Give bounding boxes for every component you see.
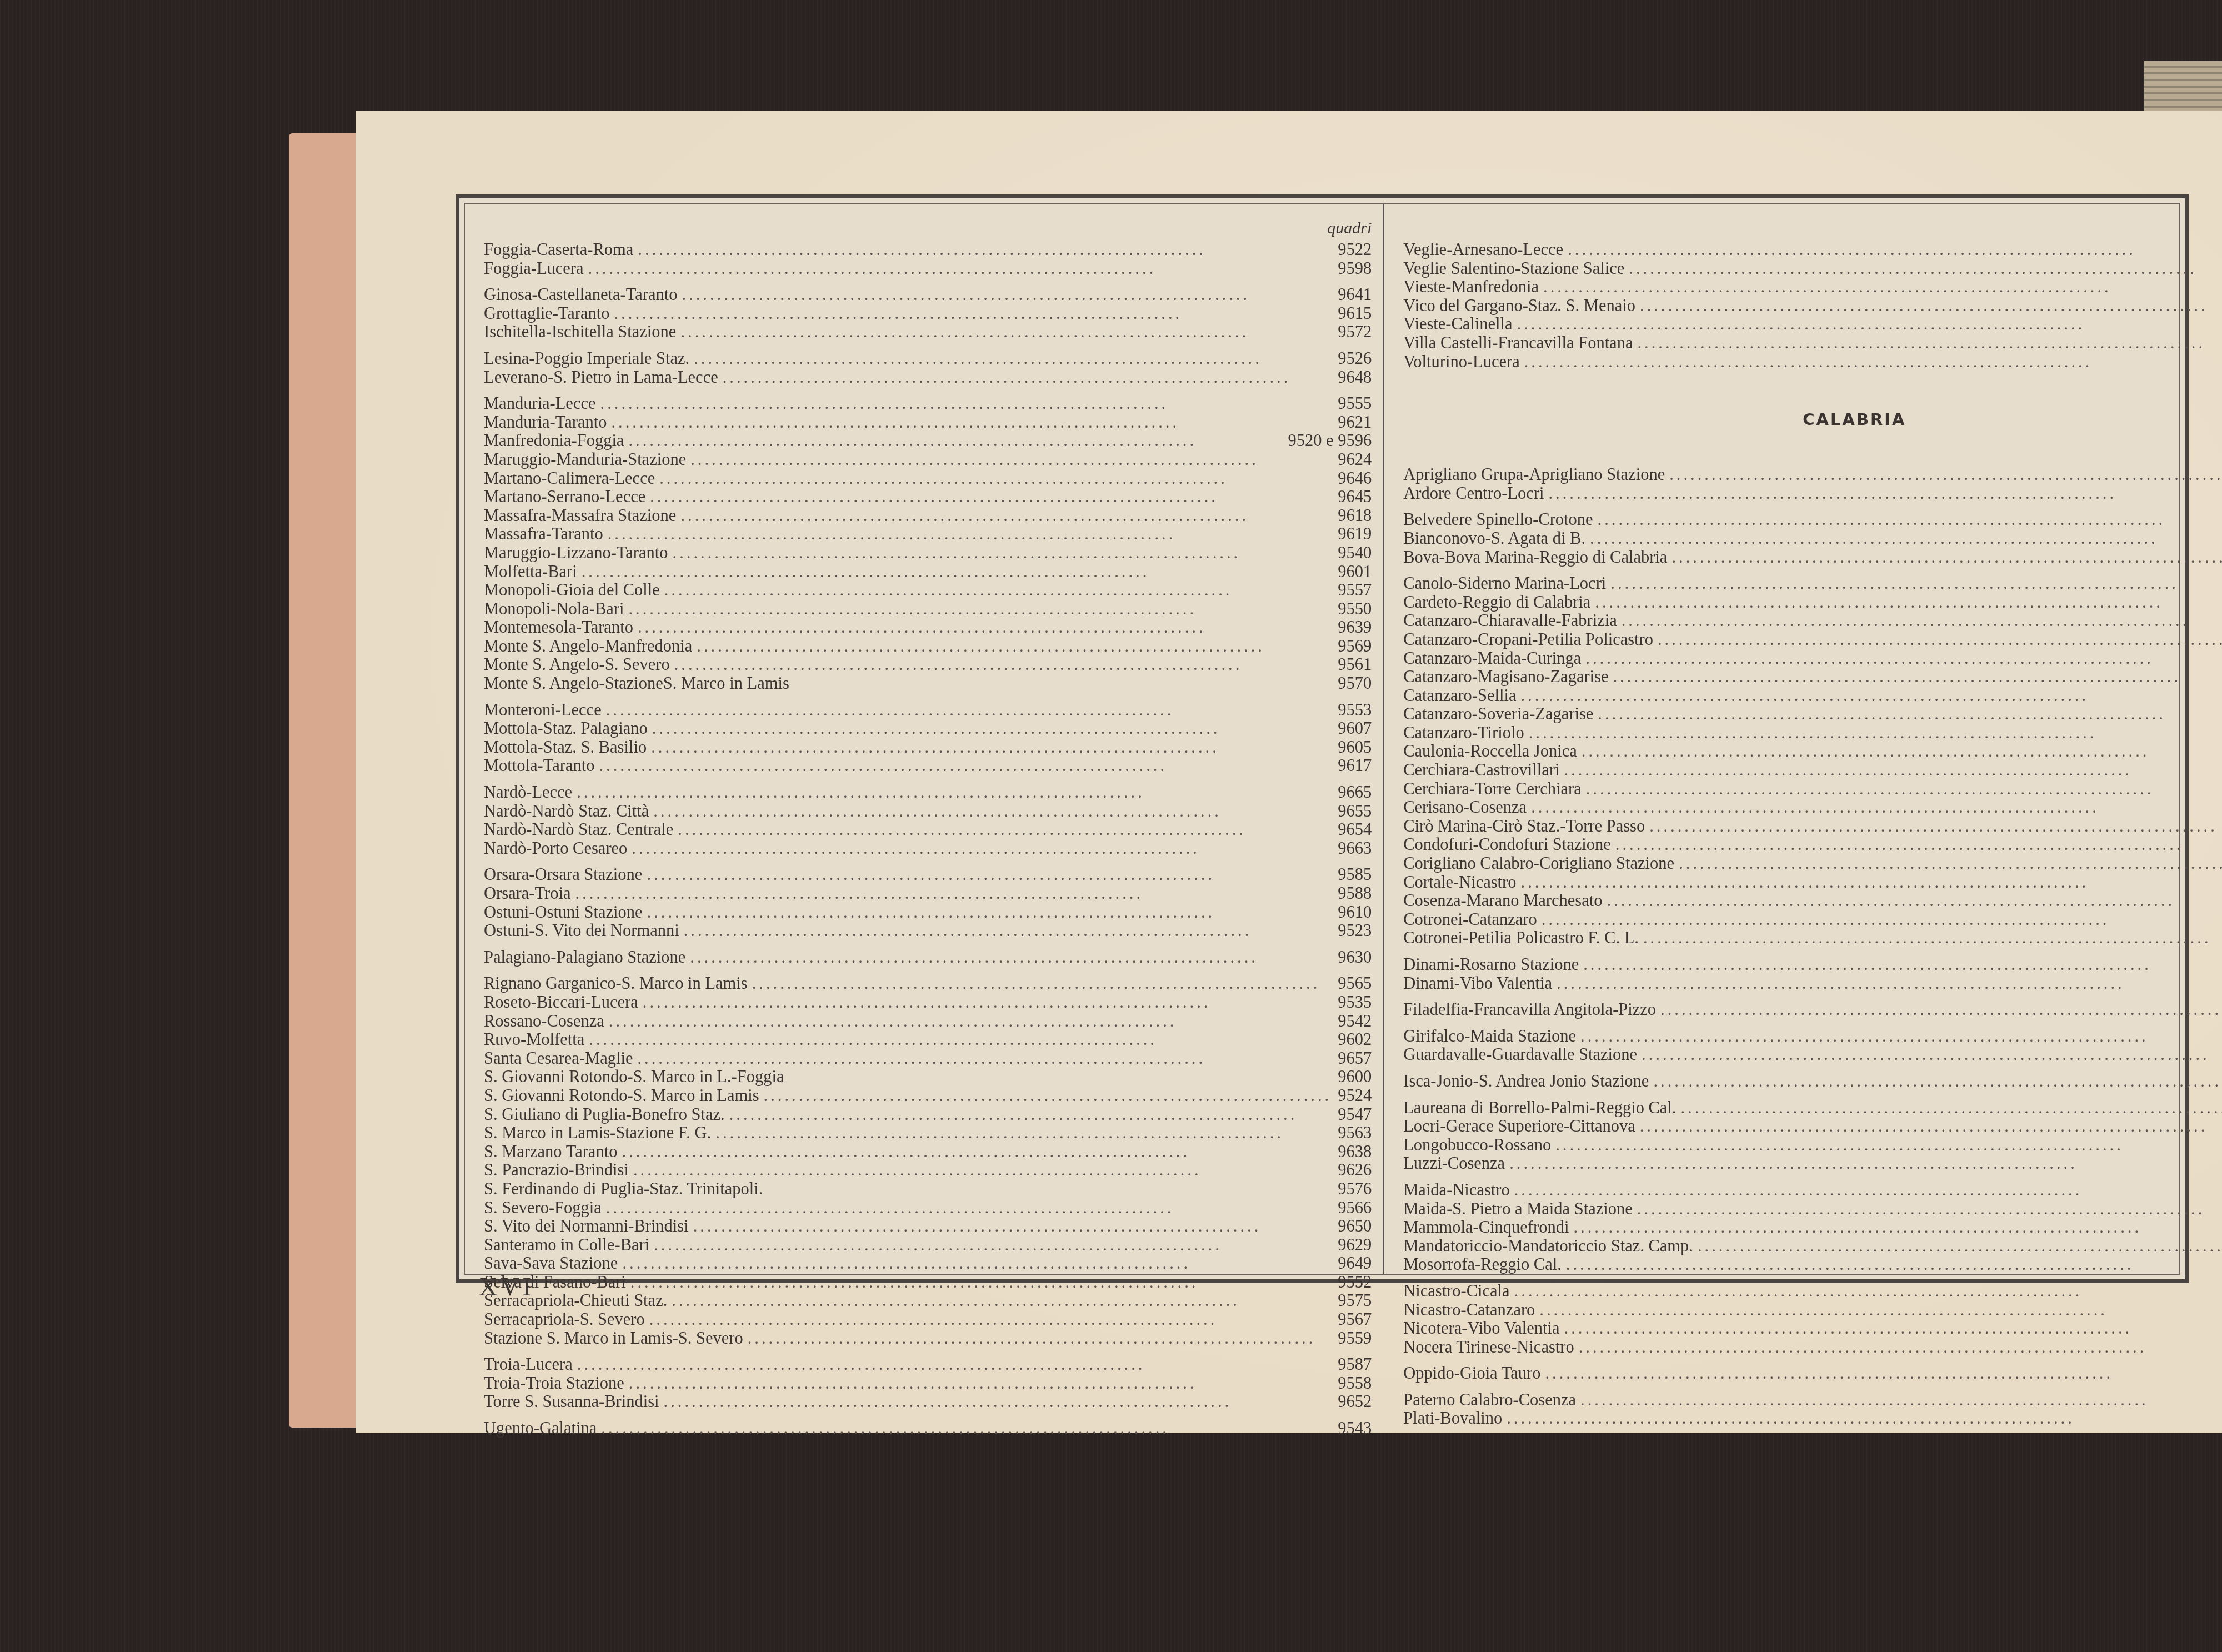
dot-leader: [654, 1236, 1332, 1255]
route-name: Veglie Salentino-Stazione Salice: [1403, 259, 1624, 278]
table-reference-number: 9543: [1336, 1419, 1372, 1438]
route-name: Cerchiara-Torre Cerchiara: [1403, 780, 1581, 799]
route-name: Catanzaro-Sellia: [1403, 687, 1516, 705]
table-reference-number: 9645: [1336, 488, 1372, 507]
dot-leader: [1573, 1218, 2222, 1237]
dot-leader: [632, 839, 1332, 858]
dot-leader: [1613, 668, 2222, 687]
route-name: Nardò-Lecce: [484, 783, 572, 802]
dot-leader: [638, 241, 1332, 259]
dot-leader: [1680, 1099, 2222, 1118]
index-entry: Paterno Calabro-Cosenza9725: [1403, 1391, 2222, 1410]
entry-list: Foggia-Caserta-Roma9522Foggia-Lucera9598…: [484, 241, 1372, 1438]
dot-leader: [1585, 649, 2222, 668]
route-name: Ostuni-Ostuni Stazione: [484, 903, 643, 922]
table-reference-number: 9629: [1336, 1236, 1372, 1255]
index-entry: Vieste-Manfredonia9537: [1403, 278, 2222, 297]
table-reference-number: 9601: [1336, 563, 1372, 582]
section-entry-list: Aprigliano Grupa-Aprigliano Stazione9731…: [1403, 465, 2222, 1428]
index-entry: Ruvo-Molfetta9602: [484, 1030, 1372, 1049]
dot-leader: [1539, 1301, 2222, 1320]
table-reference-number: 9555: [1336, 394, 1372, 413]
index-entry: Catanzaro-Tiriolo9789: [1403, 724, 2222, 743]
index-entry: Veglie Salentino-Stazione Salice9660: [1403, 259, 2222, 278]
index-entry: Ostuni-Ostuni Stazione9610: [484, 903, 1372, 922]
index-entry: Nicastro-Cicala9733: [1403, 1282, 2222, 1301]
route-name: Caulonia-Roccella Jonica: [1403, 742, 1577, 761]
index-entry: Mottola-Staz. S. Basilio9605: [484, 738, 1372, 757]
index-entry: Monopoli-Nola-Bari9550: [484, 600, 1372, 619]
table-reference-number: 9569: [1336, 637, 1372, 656]
index-entry: Laureana di Borrello-Palmi-Reggio Cal.98…: [1403, 1099, 2222, 1118]
route-name: Santeramo in Colle-Bari: [484, 1236, 649, 1255]
dot-leader: [628, 600, 1332, 619]
dot-leader: [630, 1273, 1332, 1292]
index-entry: Cotronei-Petilia Policastro F. C. L.9750: [1403, 929, 2222, 948]
index-entry: Luzzi-Cosenza9723: [1403, 1154, 2222, 1173]
column-header: qradri: [1403, 216, 2222, 241]
route-name: Nardò-Nardò Staz. Città: [484, 802, 649, 821]
table-reference-number: 9619: [1336, 525, 1372, 544]
index-entry: S. Vito dei Normanni-Brindisi9650: [484, 1217, 1372, 1236]
index-entry: Maida-S. Pietro a Maida Stazione9740: [1403, 1200, 2222, 1219]
route-name: Cerisano-Cosenza: [1403, 798, 1527, 817]
table-reference-number: 9553: [1336, 701, 1372, 720]
index-entry: Troia-Troia Stazione9558: [484, 1374, 1372, 1393]
dot-leader: [723, 368, 1332, 387]
dot-leader: [690, 948, 1332, 967]
index-entry: Longobucco-Rossano9719: [1403, 1136, 2222, 1155]
dot-leader: [1566, 1255, 2222, 1274]
route-name: S. Marzano Taranto: [484, 1143, 617, 1162]
dot-leader: [664, 581, 1332, 600]
route-name: Villa Castelli-Francavilla Fontana: [1403, 334, 1633, 353]
index-entry: Oppido-Gioia Tauro9756: [1403, 1364, 2222, 1383]
index-entry: Massafra-Taranto9619: [484, 525, 1372, 544]
table-reference-number: 9630: [1336, 948, 1372, 967]
dot-leader: [1524, 353, 2222, 372]
dot-leader: [694, 349, 1332, 368]
index-entry: Monteroni-Lecce9553: [484, 701, 1372, 720]
index-entry: Vieste-Calinella9538: [1403, 315, 2222, 334]
index-entry: Cotronei-Catanzaro9766: [1403, 910, 2222, 929]
table-reference-number: 9535: [1336, 993, 1372, 1012]
table-reference-number: 9520 e 9596: [1288, 432, 1372, 450]
index-entry: Nardò-Nardò Staz. Città9655: [484, 802, 1372, 821]
table-reference-number: 9649: [1336, 1254, 1372, 1273]
index-entry: Maruggio-Manduria-Stazione9624: [484, 450, 1372, 469]
route-name: Vico del Gargano-Staz. S. Menaio: [1403, 297, 1635, 316]
dot-leader: [622, 1143, 1332, 1162]
table-reference-number: 9655: [1336, 802, 1372, 821]
index-entry: Plati-Bovalino9746: [1403, 1409, 2222, 1428]
route-name: Martano-Calimera-Lecce: [484, 469, 655, 488]
dot-leader: [1595, 593, 2222, 612]
dot-leader: [628, 432, 1283, 450]
index-entry: Mandatoriccio-Mandatoriccio Staz. Camp.9…: [1403, 1237, 2222, 1256]
dot-leader: [577, 783, 1332, 802]
index-entry: Locri-Gerace Superiore-Cittanova9777: [1403, 1117, 2222, 1136]
table-reference-number: 9648: [1336, 368, 1372, 387]
route-name: Filadelfia-Francavilla Angitola-Pizzo: [1403, 1000, 1656, 1019]
dot-leader: [1698, 1237, 2222, 1256]
index-entry: Cirò Marina-Cirò Staz.-Torre Passo9743: [1403, 817, 2222, 836]
route-name: Longobucco-Rossano: [1403, 1136, 1551, 1155]
route-name: Corigliano Calabro-Corigliano Stazione: [1403, 854, 1674, 873]
table-reference-number: 9607: [1336, 719, 1372, 738]
index-entry: Montemesola-Taranto9639: [484, 618, 1372, 637]
dot-leader: [1564, 1319, 2222, 1338]
dot-leader: [752, 974, 1332, 993]
index-entry: Dinami-Rosarno Stazione9753: [1403, 955, 2222, 974]
route-name: Laureana di Borrello-Palmi-Reggio Cal.: [1403, 1099, 1676, 1118]
route-name: Santa Cesarea-Maglie: [484, 1049, 633, 1068]
dot-leader: [1658, 630, 2222, 649]
index-entry: Santa Cesarea-Maglie9657: [484, 1049, 1372, 1068]
route-name: Sava-Sava Stazione: [484, 1254, 618, 1273]
dot-leader: [729, 1105, 1332, 1124]
dot-leader: [673, 544, 1332, 563]
index-frame: quadri Foggia-Caserta-Roma9522Foggia-Luc…: [456, 194, 2189, 1283]
route-name: S. Severo-Foggia: [484, 1199, 602, 1218]
dot-leader: [1637, 334, 2222, 353]
table-reference-number: 9646: [1336, 469, 1372, 488]
index-entry: Mammola-Cinquefrondi9783: [1403, 1218, 2222, 1237]
route-name: Bianconovo-S. Agata di B.: [1403, 529, 1585, 548]
index-entry: Ginosa-Castellaneta-Taranto9641: [484, 286, 1372, 304]
route-name: Cerchiara-Castrovillari: [1403, 761, 1559, 780]
route-name: Plati-Bovalino: [1403, 1409, 1502, 1428]
route-name: Vieste-Calinella: [1403, 315, 1512, 334]
index-column-2: qradri Veglie-Arnesano-Lecce9658Veglie S…: [1384, 204, 2222, 1274]
route-name: Stazione S. Marco in Lamis-S. Severo: [484, 1329, 743, 1348]
index-entry: Volturino-Lucera9577: [1403, 353, 2222, 372]
table-reference-number: 9557: [1336, 581, 1372, 600]
section-title-calabria: CALABRIA: [1403, 410, 2222, 429]
index-entry: Monte S. Angelo-S. Severo9561: [484, 655, 1372, 674]
dot-leader: [1640, 1117, 2222, 1136]
route-name: Montemesola-Taranto: [484, 618, 633, 637]
route-name: Troia-Lucera: [484, 1355, 573, 1374]
table-reference-number: 9524: [1336, 1087, 1372, 1105]
route-name: Nardò-Nardò Staz. Centrale: [484, 820, 673, 839]
dot-leader: [1671, 548, 2222, 567]
table-reference-number: 9641: [1336, 286, 1372, 304]
index-entry: Bianconovo-S. Agata di B.9744: [1403, 529, 2222, 548]
dot-leader: [690, 450, 1332, 469]
route-name: Maida-Nicastro: [1403, 1181, 1509, 1200]
table-reference-number: 9558: [1336, 1374, 1372, 1393]
table-reference-number: 9621: [1336, 413, 1372, 432]
dot-leader: [588, 259, 1332, 278]
table-reference-number: 9566: [1336, 1199, 1372, 1218]
route-name: Cardeto-Reggio di Calabria: [1403, 593, 1590, 612]
dot-leader: [1643, 929, 2222, 948]
index-entry: Orsara-Orsara Stazione9585: [484, 865, 1372, 884]
route-name: Mottola-Staz. S. Basilio: [484, 738, 647, 757]
dot-leader: [1582, 742, 2222, 761]
index-entry: Girifalco-Maida Stazione9752: [1403, 1027, 2222, 1046]
index-entry: Manfredonia-Foggia9520 e 9596: [484, 432, 1372, 450]
route-name: Rossano-Cosenza: [484, 1012, 604, 1031]
index-entry: Monte S. Angelo-Manfredonia9569: [484, 637, 1372, 656]
route-name: Cirò Marina-Cirò Staz.-Torre Passo: [1403, 817, 1645, 836]
index-entry: Ardore Centro-Locri9814: [1403, 484, 2222, 503]
index-entry: Foggia-Lucera9598: [484, 259, 1372, 278]
dot-leader: [1607, 892, 2222, 910]
index-entry: Nicotera-Vibo Valentia9758: [1403, 1319, 2222, 1338]
index-entry: Molfetta-Bari9601: [484, 563, 1372, 582]
dot-leader: [647, 865, 1332, 884]
route-name: Veglie-Arnesano-Lecce: [1403, 241, 1563, 259]
dot-leader: [609, 1012, 1332, 1031]
route-name: Monopoli-Gioia del Colle: [484, 581, 660, 600]
table-reference-number: 9542: [1336, 1012, 1372, 1031]
route-name: Ardore Centro-Locri: [1403, 484, 1544, 503]
table-reference-number: 9639: [1336, 618, 1372, 637]
route-name: Mottola-Staz. Palagiano: [484, 719, 648, 738]
dot-leader: [1564, 761, 2222, 780]
route-name: S. Giuliano di Puglia-Bonefro Staz.: [484, 1105, 725, 1124]
route-name: Orsara-Orsara Stazione: [484, 865, 642, 884]
table-reference-number: 9610: [1336, 903, 1372, 922]
dot-leader: [1640, 297, 2222, 316]
dot-leader: [582, 563, 1332, 582]
index-entry: Ostuni-S. Vito dei Normanni9523: [484, 922, 1372, 940]
dot-leader: [606, 701, 1332, 720]
dot-leader: [1507, 1409, 2222, 1428]
dot-leader: [653, 802, 1332, 821]
table-reference-number: 9605: [1336, 738, 1372, 757]
index-entry: S. Marco in Lamis-Stazione F. G.9563: [484, 1124, 1372, 1143]
route-name: Serracapriola-S. Severo: [484, 1310, 645, 1329]
route-name: Monteroni-Lecce: [484, 701, 602, 720]
route-name: Isca-Jonio-S. Andrea Jonio Stazione: [1403, 1072, 1649, 1091]
route-name: Torre S. Susanna-Brindisi: [484, 1393, 659, 1411]
index-entry: Catanzaro-Cropani-Petilia Policastro9772: [1403, 630, 2222, 649]
route-name: Mosorrofa-Reggio Cal.: [1403, 1255, 1562, 1274]
index-entry: S. Giovanni Rotondo-S. Marco in Lamis952…: [484, 1087, 1372, 1105]
dot-leader: [1514, 1282, 2222, 1301]
index-entry: Condofuri-Condofuri Stazione9747: [1403, 835, 2222, 854]
index-entry: Manduria-Taranto9621: [484, 413, 1372, 432]
index-entry: Nardò-Porto Cesareo9663: [484, 839, 1372, 858]
route-name: Dinami-Rosarno Stazione: [1403, 955, 1579, 974]
route-name: Belvedere Spinello-Crotone: [1403, 510, 1593, 529]
table-reference-number: 9638: [1336, 1143, 1372, 1162]
dot-leader: [678, 820, 1332, 839]
table-reference-number: 9570: [1336, 674, 1372, 693]
table-reference-number: 9588: [1336, 884, 1372, 903]
index-entry: S. Giovanni Rotondo-S. Marco in L.-Foggi…: [484, 1068, 1372, 1087]
route-name: Manfredonia-Foggia: [484, 432, 624, 450]
table-reference-number: 9615: [1336, 304, 1372, 323]
dot-leader: [643, 993, 1332, 1012]
index-entry: S. Severo-Foggia9566: [484, 1199, 1372, 1218]
dot-leader: [1586, 780, 2222, 799]
index-entry: Ugento-Galatina9543: [484, 1419, 1372, 1438]
dot-leader: [1580, 1027, 2222, 1046]
dot-leader: [680, 507, 1332, 525]
route-name: Nocera Tirinese-Nicastro: [1403, 1338, 1574, 1357]
route-name: Massafra-Taranto: [484, 525, 603, 544]
route-name: Mammola-Cinquefrondi: [1403, 1218, 1569, 1237]
index-entry: Veglie-Arnesano-Lecce9658: [1403, 241, 2222, 259]
index-entry: Filadelfia-Francavilla Angitola-Pizzo978…: [1403, 1000, 2222, 1019]
table-reference-number: 9617: [1336, 757, 1372, 775]
table-reference-number: 9654: [1336, 820, 1372, 839]
index-entry: Caulonia-Roccella Jonica9776: [1403, 742, 2222, 761]
table-reference-number: 9540: [1336, 544, 1372, 563]
table-reference-number: 9526: [1336, 349, 1372, 368]
index-entry: Mottola-Taranto9617: [484, 757, 1372, 775]
index-entry: Dinami-Vibo Valentia9757: [1403, 974, 2222, 993]
table-reference-number: 9598: [1336, 259, 1372, 278]
index-entry: Cerisano-Cosenza9729: [1403, 798, 2222, 817]
route-name: Bova-Bova Marina-Reggio di Calabria: [1403, 548, 1667, 567]
index-entry: Nardò-Nardò Staz. Centrale9654: [484, 820, 1372, 839]
route-name: Molfetta-Bari: [484, 563, 577, 582]
route-name: Nicastro-Cicala: [1403, 1282, 1509, 1301]
dot-leader: [600, 394, 1332, 413]
route-name: Locri-Gerace Superiore-Cittanova: [1403, 1117, 1635, 1136]
dot-leader: [1545, 1364, 2222, 1383]
route-name: Cosenza-Marano Marchesato: [1403, 892, 1602, 910]
table-reference-number: 9547: [1336, 1105, 1372, 1124]
route-name: Manduria-Lecce: [484, 394, 596, 413]
route-name: Monte S. Angelo-S. Severo: [484, 655, 670, 674]
route-name: Roseto-Biccari-Lucera: [484, 993, 638, 1012]
dot-leader: [684, 922, 1332, 940]
index-entry: Foggia-Caserta-Roma9522: [484, 241, 1372, 259]
route-name: Ugento-Galatina: [484, 1419, 597, 1438]
route-name: Monte S. Angelo-StazioneS. Marco in Lami…: [484, 674, 789, 693]
route-name: Palagiano-Palagiano Stazione: [484, 948, 685, 967]
index-entry: Cosenza-Marano Marchesato9728: [1403, 892, 2222, 910]
dot-leader: [1579, 1338, 2222, 1357]
table-reference-number: 9600: [1336, 1068, 1372, 1087]
dot-leader: [1610, 574, 2222, 593]
index-entry: Palagiano-Palagiano Stazione9630: [484, 948, 1372, 967]
route-name: Girifalco-Maida Stazione: [1403, 1027, 1576, 1046]
index-entry: Ischitella-Ischitella Stazione9572: [484, 323, 1372, 342]
index-entry: Sava-Sava Stazione9649: [484, 1254, 1372, 1273]
route-name: Paterno Calabro-Cosenza: [1403, 1391, 1576, 1410]
index-entry: Guardavalle-Guardavalle Stazione9794: [1403, 1045, 2222, 1064]
dot-leader: [633, 1161, 1332, 1180]
dot-leader: [1660, 1000, 2222, 1019]
index-entry: Rossano-Cosenza9542: [484, 1012, 1372, 1031]
index-entry: Catanzaro-Sellia9790: [1403, 687, 2222, 705]
route-name: Cortale-Nicastro: [1403, 873, 1516, 892]
route-name: Monopoli-Nola-Bari: [484, 600, 624, 619]
index-entry: S. Giuliano di Puglia-Bonefro Staz.9547: [484, 1105, 1372, 1124]
table-reference-number: 9587: [1336, 1355, 1372, 1374]
index-entry: Cortale-Nicastro9734: [1403, 873, 2222, 892]
dot-leader: [1629, 259, 2222, 278]
dot-leader: [1520, 687, 2222, 705]
index-entry: Belvedere Spinello-Crotone9716: [1403, 510, 2222, 529]
table-reference-number: 9565: [1336, 974, 1372, 993]
route-name: Luzzi-Cosenza: [1403, 1154, 1505, 1173]
dot-leader: [614, 304, 1332, 323]
route-name: Monte S. Angelo-Manfredonia: [484, 637, 692, 656]
table-reference-number: 9563: [1336, 1124, 1372, 1143]
dot-leader: [1543, 278, 2222, 297]
route-name: S. Giovanni Rotondo-S. Marco in L.-Foggi…: [484, 1068, 784, 1087]
route-name: Cotronei-Catanzaro: [1403, 910, 1537, 929]
route-name: Nicotera-Vibo Valentia: [1403, 1319, 1559, 1338]
index-entry: Aprigliano Grupa-Aprigliano Stazione9731: [1403, 465, 2222, 484]
index-entry: Leverano-S. Pietro in Lama-Lecce9648: [484, 368, 1372, 387]
dot-leader: [611, 413, 1332, 432]
route-name: Condofuri-Condofuri Stazione: [1403, 835, 1611, 854]
dot-leader: [608, 525, 1332, 544]
route-name: Oppido-Gioia Tauro: [1403, 1364, 1540, 1383]
index-entry: Villa Castelli-Francavilla Fontana9620: [1403, 334, 2222, 353]
dot-leader: [651, 738, 1332, 757]
dot-leader: [680, 323, 1332, 342]
index-entry: Serracapriola-S. Severo9567: [484, 1310, 1372, 1329]
route-name: Grottaglie-Taranto: [484, 304, 610, 323]
index-entry: Martano-Calimera-Lecce9646: [484, 469, 1372, 488]
route-name: Lesina-Poggio Imperiale Staz.: [484, 349, 689, 368]
route-name: Maruggio-Lizzano-Taranto: [484, 544, 668, 563]
index-entry: Orsara-Troia9588: [484, 884, 1372, 903]
table-reference-number: 9618: [1336, 507, 1372, 525]
index-entry: Roseto-Biccari-Lucera9535: [484, 993, 1372, 1012]
index-entry: Cerchiara-Torre Cerchiara9786: [1403, 780, 2222, 799]
dot-leader: [664, 1393, 1332, 1411]
table-reference-number: 9567: [1336, 1310, 1372, 1329]
dot-leader: [682, 286, 1332, 304]
route-name: Catanzaro-Maida-Curinga: [1403, 649, 1581, 668]
route-name: Canolo-Siderno Marina-Locri: [1403, 574, 1606, 593]
index-entry: Catanzaro-Chiaravalle-Fabrizia9765: [1403, 612, 2222, 630]
dot-leader: [638, 618, 1332, 637]
page-folio: XVI: [479, 1272, 534, 1301]
route-name: S. Pancrazio-Brindisi: [484, 1161, 629, 1180]
dot-leader: [622, 1254, 1332, 1273]
table-reference-number: 9624: [1336, 450, 1372, 469]
dot-leader: [599, 757, 1332, 775]
index-entry: Massafra-Massafra Stazione9618: [484, 507, 1372, 525]
dot-leader: [1669, 465, 2222, 484]
dot-leader: [1555, 1136, 2222, 1155]
index-entry: Manduria-Lecce9555: [484, 394, 1372, 413]
index-entry: Cerchiara-Castrovillari9784: [1403, 761, 2222, 780]
route-name: Nardò-Porto Cesareo: [484, 839, 627, 858]
route-name: Vieste-Manfredonia: [1403, 278, 1539, 297]
index-entry: Cardeto-Reggio di Calabria9810: [1403, 593, 2222, 612]
dot-leader: [1568, 241, 2222, 259]
index-entry: S. Pancrazio-Brindisi9626: [484, 1161, 1372, 1180]
index-entry: Monopoli-Gioia del Colle9557: [484, 581, 1372, 600]
route-name: Mottola-Taranto: [484, 757, 594, 775]
route-name: Catanzaro-Tiriolo: [1403, 724, 1524, 743]
dot-leader: [1531, 798, 2222, 817]
route-name: Ruvo-Molfetta: [484, 1030, 584, 1049]
index-entry: Catanzaro-Maida-Curinga9771: [1403, 649, 2222, 668]
index-entry: Isca-Jonio-S. Andrea Jonio Stazione9793: [1403, 1072, 2222, 1091]
route-name: Catanzaro-Soveria-Zagarise: [1403, 705, 1593, 724]
route-name: Mandatoriccio-Mandatoriccio Staz. Camp.: [1403, 1237, 1693, 1256]
route-name: Ginosa-Castellaneta-Taranto: [484, 286, 677, 304]
book-page: quadri Foggia-Caserta-Roma9522Foggia-Luc…: [356, 111, 2222, 1433]
index-column-1: quadri Foggia-Caserta-Roma9522Foggia-Luc…: [465, 204, 1384, 1274]
index-entry: Canolo-Siderno Marina-Locri9779: [1403, 574, 2222, 593]
index-entry: Stazione S. Marco in Lamis-S. Severo9559: [484, 1329, 1372, 1348]
